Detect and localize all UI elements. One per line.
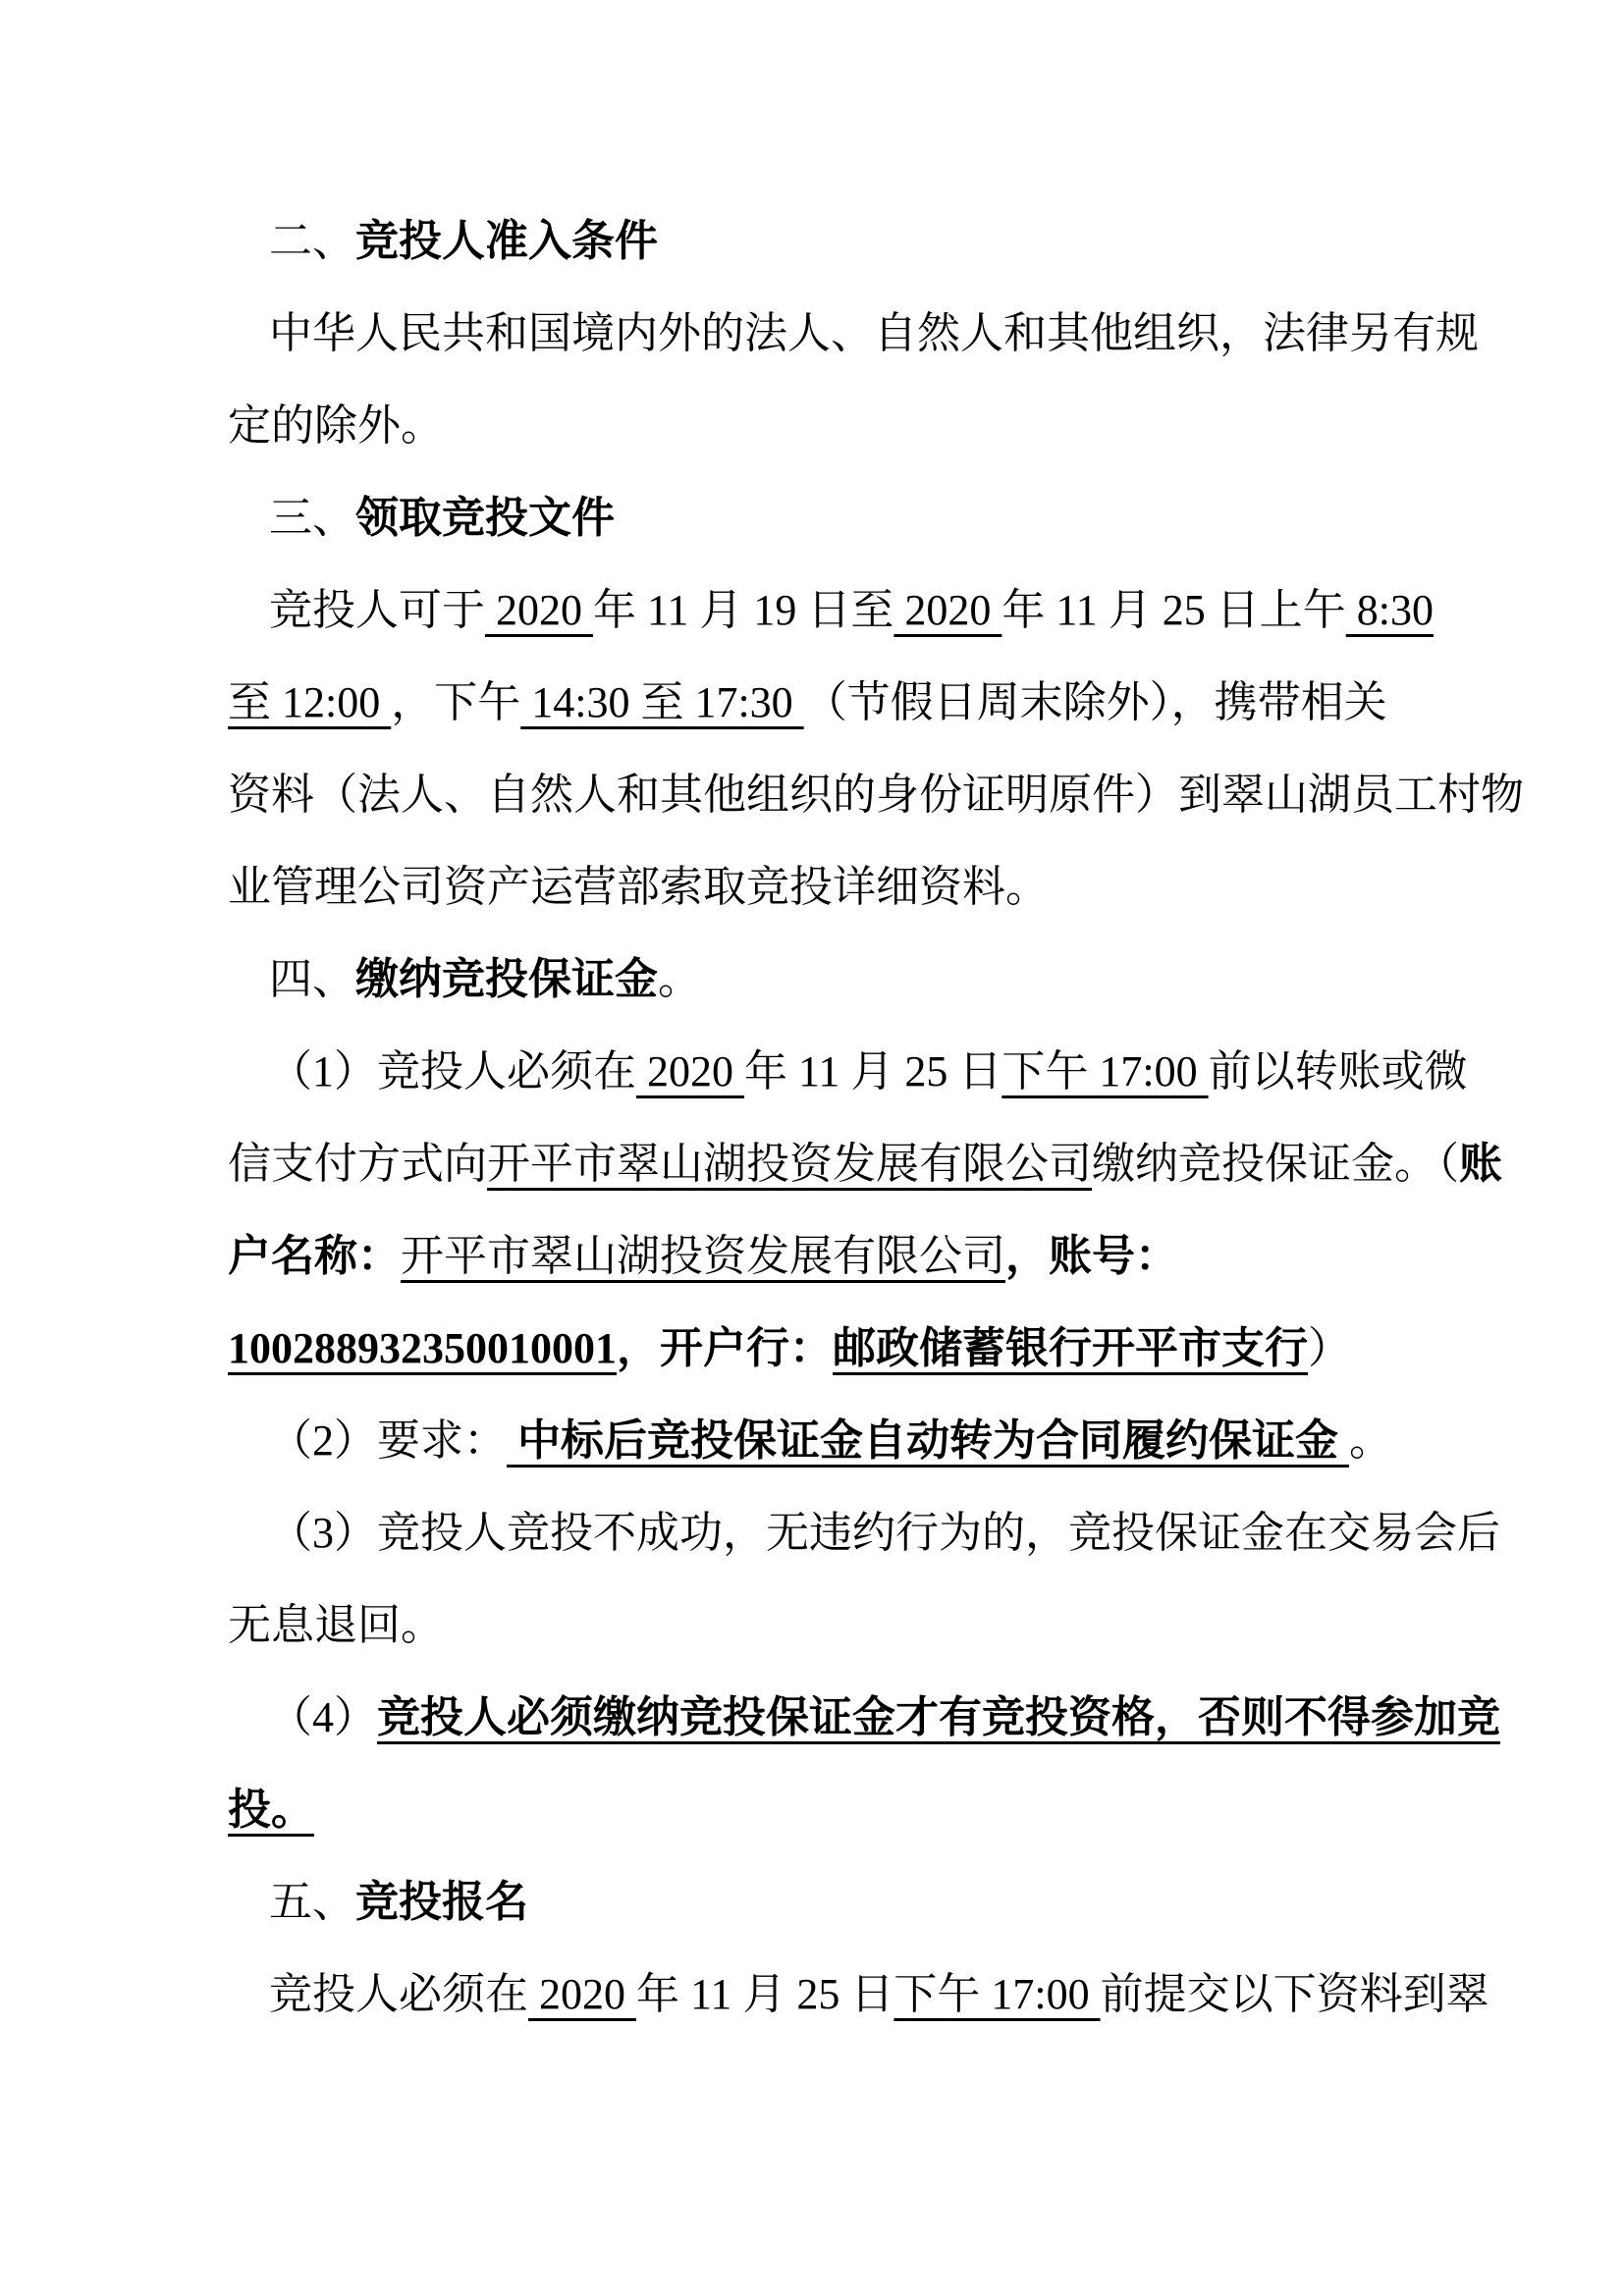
text-run: 8:30 [1346,586,1434,634]
text-line: 竞投人必须在 2020 年 11 月 25 日下午 17:00 前提交以下资料到… [228,1949,1451,2041]
text-line: （3）竞投人竞投不成功，无违约行为的，竞投保证金在交易会后 [228,1487,1451,1579]
text-run: 竞投人可于 [269,586,485,634]
text-run: 领取竞投文件 [355,494,615,542]
text-run: 中华人民共和国境内外的法人、自然人和其他组织，法律另有规 [269,309,1479,357]
section-heading: 三、领取竞投文件 [228,472,1451,564]
text-line: 定的除外。 [228,380,1451,472]
text-run: ） [1308,1324,1351,1372]
text-run: 三、 [269,494,355,542]
text-run: 年 11 月 25 日 [744,1047,1001,1095]
text-run: 邮政储蓄银行开平市支行 [833,1324,1308,1372]
text-run: 下午 17:00 [1001,1047,1208,1095]
text-run: （4） [269,1693,377,1741]
text-line: 中华人民共和国境内外的法人、自然人和其他组织，法律另有规 [228,288,1451,380]
text-run: 2020 [485,586,593,634]
text-run: 2020 [636,1047,744,1095]
text-line: 投。 [228,1764,1451,1856]
text-line: 竞投人可于 2020 年 11 月 19 日至 2020 年 11 月 25 日… [228,564,1451,657]
text-run: 竞投人必须在 [269,1970,528,2018]
text-line: 无息退回。 [228,1579,1451,1672]
text-run: ，开户行： [617,1324,833,1372]
text-run: 年 11 月 25 日上午 [1001,586,1345,634]
text-run: 业管理公司资产运营部索取竞投详细资料。 [228,863,1049,911]
text-run: 五、 [269,1878,355,1926]
text-run: 四、 [269,955,355,1003]
text-run: 。 [1349,1416,1392,1465]
text-run: 无息退回。 [228,1601,444,1649]
text-run: 2020 [528,1970,636,2018]
text-line: 信支付方式向开平市翠山湖投资发展有限公司缴纳竞投保证金。（账 [228,1118,1451,1210]
text-run: 前提交以下资料到翠 [1101,1970,1489,2018]
text-run: 缴纳竞投保证金 [355,955,658,1003]
text-line: 四、缴纳竞投保证金。 [228,934,1451,1026]
text-run: ，下午 [391,678,520,726]
text-run: 信支付方式向 [228,1140,487,1188]
text-run: 开平市翠山湖投资发展有限公司 [487,1140,1092,1188]
text-line: 三、领取竞投文件 [228,472,1451,564]
text-line: 至 12:00 ，下午 14:30 至 17:30 （节假日周末除外），携带相关 [228,657,1451,749]
text-run: 定的除外。 [228,401,444,450]
text-run: 下午 17:00 [893,1970,1100,2018]
text-run: （1）竞投人必须在 [269,1047,636,1095]
text-run: 中标后竞投保证金自动转为合同履约保证金 [507,1416,1349,1465]
text-run: 。 [658,955,701,1003]
text-run: 竞投人必须缴纳竞投保证金才有竞投资格，否则不得参加竞 [377,1693,1500,1741]
text-run: （节假日周末除外），携带相关 [804,678,1387,726]
text-line: 五、竞投报名 [228,1856,1451,1949]
text-line: 二、竞投人准入条件 [228,195,1451,288]
text-run: 户名称： [228,1232,401,1280]
section-heading: 四、缴纳竞投保证金。 [228,934,1451,1026]
text-run: 投。 [228,1786,314,1834]
text-run: 14:30 至 17:30 [520,678,803,726]
text-run: （2）要求： [269,1416,507,1465]
text-run: 2020 [893,586,1001,634]
text-run: 至 12:00 [228,678,391,726]
text-run: 二、 [269,217,355,265]
paragraph: （4）竞投人必须缴纳竞投保证金才有竞投资格，否则不得参加竞投。 [228,1672,1451,1856]
text-run: 账 [1459,1140,1502,1188]
text-line: 户名称：开平市翠山湖投资发展有限公司，账号： [228,1210,1451,1303]
text-run: 缴纳竞投保证金。（ [1092,1140,1459,1188]
text-run: 竞投人准入条件 [355,217,658,265]
section-heading: 五、竞投报名 [228,1856,1451,1949]
paragraph: （3）竞投人竞投不成功，无违约行为的，竞投保证金在交易会后无息退回。 [228,1487,1451,1672]
text-line: （2）要求： 中标后竞投保证金自动转为合同履约保证金 。 [228,1395,1451,1487]
text-run: ，账号： [1005,1232,1178,1280]
document-page: 二、竞投人准入条件中华人民共和国境内外的法人、自然人和其他组织，法律另有规定的除… [0,0,1624,2041]
paragraph: 竞投人可于 2020 年 11 月 19 日至 2020 年 11 月 25 日… [228,564,1451,934]
text-line: （4）竞投人必须缴纳竞投保证金才有竞投资格，否则不得参加竞 [228,1672,1451,1764]
text-line: 100288932350010001，开户行：邮政储蓄银行开平市支行） [228,1303,1451,1395]
paragraph: （1）竞投人必须在 2020 年 11 月 25 日下午 17:00 前以转账或… [228,1026,1451,1395]
paragraph: （2）要求： 中标后竞投保证金自动转为合同履约保证金 。 [228,1395,1451,1487]
text-line: 资料（法人、自然人和其他组织的身份证明原件）到翠山湖员工村物 [228,749,1451,841]
text-run: 年 11 月 19 日至 [593,586,893,634]
text-run: 资料（法人、自然人和其他组织的身份证明原件）到翠山湖员工村物 [228,771,1524,819]
text-run: （3）竞投人竞投不成功，无违约行为的，竞投保证金在交易会后 [269,1509,1500,1557]
paragraph: 中华人民共和国境内外的法人、自然人和其他组织，法律另有规定的除外。 [228,288,1451,472]
text-run: 前以转账或微 [1209,1047,1468,1095]
paragraph: 竞投人必须在 2020 年 11 月 25 日下午 17:00 前提交以下资料到… [228,1949,1451,2041]
text-run: 100288932350010001 [228,1324,617,1372]
text-line: 业管理公司资产运营部索取竞投详细资料。 [228,841,1451,934]
text-run: 年 11 月 25 日 [636,1970,893,2018]
text-run: 开平市翠山湖投资发展有限公司 [401,1232,1005,1280]
text-line: （1）竞投人必须在 2020 年 11 月 25 日下午 17:00 前以转账或… [228,1026,1451,1118]
text-run: 竞投报名 [355,1878,528,1926]
section-heading: 二、竞投人准入条件 [228,195,1451,288]
